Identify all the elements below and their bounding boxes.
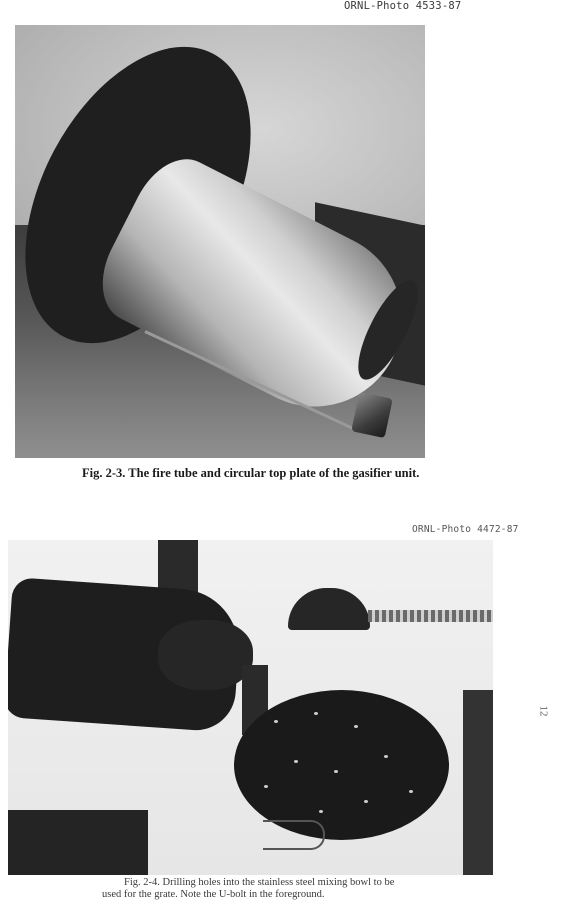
dark-object — [8, 810, 148, 875]
figure-caption: Fig. 2-3. The fire tube and circular top… — [82, 466, 419, 481]
drilled-hole — [364, 800, 368, 803]
photo-id-label: ORNL-Photo 4533-87 — [344, 0, 461, 12]
page-number: 12 — [538, 706, 550, 717]
shelf-clutter — [368, 610, 493, 622]
drilled-hole — [334, 770, 338, 773]
drilled-hole — [354, 725, 358, 728]
photo-id-label: ORNL-Photo 4472-87 — [412, 524, 519, 535]
fire-tube-photo — [15, 25, 425, 458]
figure-caption: Fig. 2-4. Drilling holes into the stainl… — [102, 877, 432, 901]
drilled-hole — [319, 810, 323, 813]
mixing-bowl — [234, 690, 449, 840]
caption-line: used for the grate. Note the U-bolt in t… — [80, 889, 432, 901]
caption-line: Fig. 2-4. Drilling holes into the stainl… — [124, 877, 394, 888]
drilled-hole — [314, 712, 318, 715]
drilled-hole — [384, 755, 388, 758]
drilled-hole — [264, 785, 268, 788]
drilled-hole — [294, 760, 298, 763]
drilled-hole — [409, 790, 413, 793]
drilling-bowl-photo — [8, 540, 493, 875]
drilled-hole — [274, 720, 278, 723]
dark-post — [463, 690, 493, 875]
u-bolt — [263, 820, 325, 850]
gloved-hand — [158, 620, 253, 690]
